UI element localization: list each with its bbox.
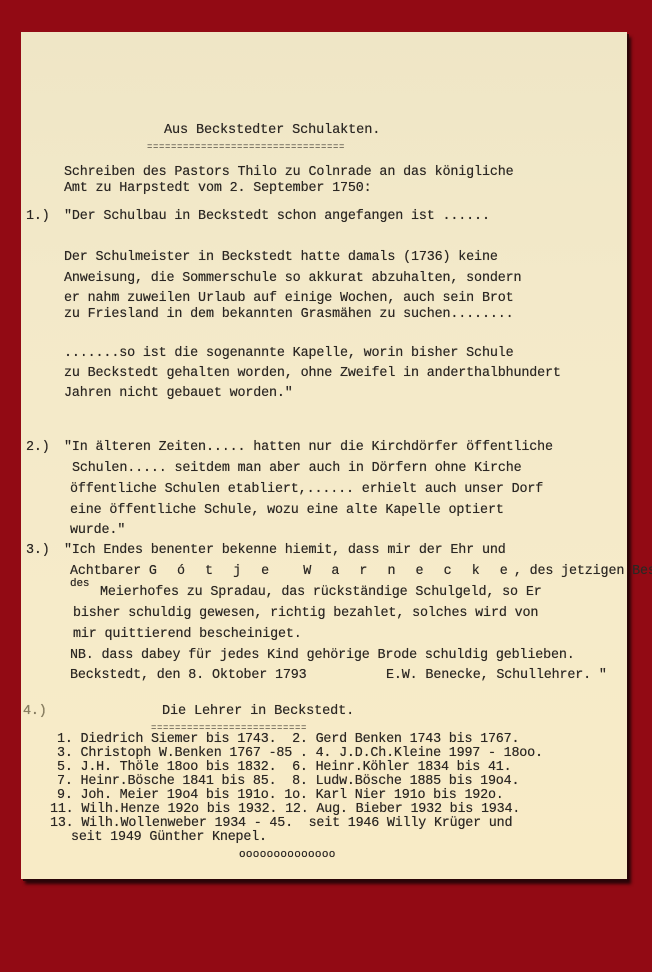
teacher-row: 9. Joh. Meier 19o4 bis 191o. 1o. Karl Ni… [57, 788, 504, 803]
section-2-line: "In älteren Zeiten..... hatten nur die K… [64, 440, 553, 455]
teacher-row: 11. Wilh.Henze 192o bis 1932. 12. Aug. B… [50, 802, 520, 817]
section-3-line: "Ich Endes benenter bekenne hiemit, dass… [64, 543, 506, 558]
section-1-line: Jahren nicht gebauet worden." [64, 386, 293, 401]
document-title: Aus Beckstedter Schulakten. [164, 123, 380, 138]
teacher-row: 1. Diedrich Siemer bis 1743. 2. Gerd Ben… [57, 732, 519, 747]
section-2-line: eine öffentliche Schule, wozu eine alte … [70, 503, 504, 518]
section-3-date-line: Beckstedt, den 8. Oktober 1793 [70, 668, 307, 683]
section-3-line: Meierhofes zu Spradau, das rückständige … [100, 585, 542, 600]
section-3-nb-line: NB. dass dabey für jedes Kind gehörige B… [70, 648, 575, 663]
section-2-marker: 2.) [26, 440, 50, 455]
section-4-underline: ========================== [151, 724, 307, 732]
section-1-line: zu Friesland in dem bekannten Grasmähen … [64, 307, 514, 322]
section-2-line: Schulen..... seitdem man aber auch in Dö… [72, 461, 522, 476]
section-1-line: .......so ist die sogenannte Kapelle, wo… [64, 346, 514, 361]
section-3-des: des [70, 577, 89, 592]
document-page: Aus Beckstedter Schulakten. ============… [21, 32, 627, 879]
section-4-marker: 4.) [23, 704, 47, 719]
section-2-line: öffentliche Schulen etabliert,...... erh… [70, 482, 543, 497]
section-1-line: Der Schulmeister in Beckstedt hatte dama… [64, 250, 498, 265]
section-1-line: er nahm zuweilen Urlaub auf einige Woche… [64, 291, 514, 306]
teacher-row: seit 1949 Günther Knepel. [71, 830, 267, 845]
section-3-line: mir quittierend bescheiniget. [73, 627, 302, 642]
section-1-marker: 1.) [26, 209, 50, 224]
end-rule: oooooooooooooo [239, 848, 336, 863]
section-1-line: "Der Schulbau in Beckstedt schon angefan… [64, 209, 490, 224]
intro-line-2: Amt zu Harpstedt vom 2. September 1750: [64, 181, 372, 196]
section-4-heading: Die Lehrer in Beckstedt. [162, 704, 354, 719]
section-1-line: Anweisung, die Sommerschule so akkurat a… [64, 271, 521, 286]
section-3-marker: 3.) [26, 543, 50, 558]
section-3-text: , des jetzigen Besitzer [514, 564, 652, 579]
section-3-signature: E.W. Benecke, Schullehrer. " [386, 668, 607, 683]
section-2-line: wurde." [70, 523, 125, 538]
teacher-row: 3. Christoph W.Benken 1767 -85 . 4. J.D.… [57, 746, 543, 761]
teacher-row: 7. Heinr.Bösche 1841 bis 85. 8. Ludw.Bös… [57, 774, 519, 789]
section-3-line: bisher schuldig gewesen, richtig bezahle… [73, 606, 538, 621]
name-goetje-warnecke: G ó t j e W a r n e c k e [149, 564, 514, 579]
teacher-row: 13. Wilh.Wollenweber 1934 - 45. seit 194… [50, 816, 512, 831]
title-underline: ================================= [147, 143, 345, 151]
teacher-row: 5. J.H. Thöle 18oo bis 1832. 6. Heinr.Kö… [57, 760, 511, 775]
intro-line-1: Schreiben des Pastors Thilo zu Colnrade … [64, 165, 514, 180]
section-1-line: zu Beckstedt gehalten worden, ohne Zweif… [64, 366, 561, 381]
section-3-line-2: Achtbarer G ó t j e W a r n e c k e, des… [70, 564, 652, 579]
